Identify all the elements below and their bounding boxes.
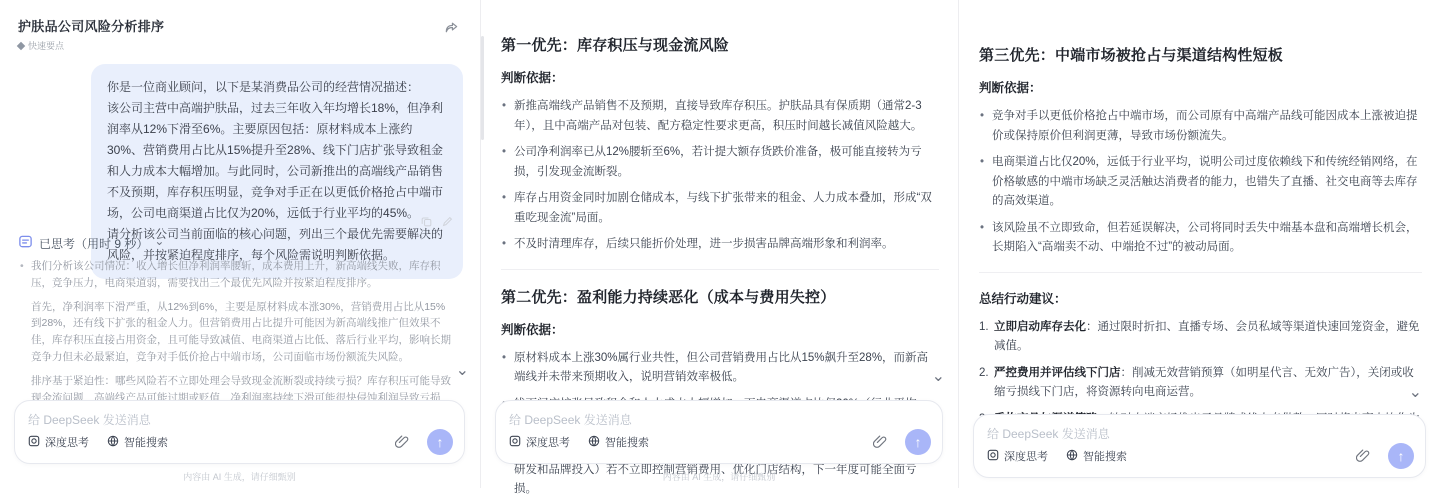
chat-panel-middle: 第一优先：库存积压与现金流风险 判断依据： 新推高端线产品销售不及预期，直接导致… bbox=[480, 0, 957, 488]
bullet-item: 新推高端线产品销售不及预期，直接导致库存积压。护肤品具有保质期（通常2-3年），… bbox=[501, 97, 939, 136]
attachment-icon[interactable] bbox=[873, 435, 887, 449]
section-title-priority-1: 第一优先：库存积压与现金流风险 bbox=[501, 34, 939, 55]
ai-disclaimer: 内容由 AI 生成，请仔细甄别 bbox=[0, 470, 479, 483]
deep-think-button[interactable]: 深度思考 bbox=[28, 434, 89, 450]
user-message-line: 该公司主营中高端护肤品，过去三年收入年均增长18%，但净利润率从12%下滑至6%… bbox=[107, 98, 447, 224]
chat-panel-left: 护肤品公司风险分析排序 快速要点 你是一位商业顾问，以下是某消费品公司的经营情况… bbox=[0, 0, 479, 488]
bullet-item: 竞争对手以更低价格抢占中端市场，而公司原有中高端产品线可能因成本上涨被迫提价或保… bbox=[979, 107, 1422, 146]
smart-search-button[interactable]: 智能搜索 bbox=[588, 434, 649, 450]
bullet-item: 公司净利润率已从12%腰斩至6%，若计提大额存货跌价准备，极可能直接转为亏损，引… bbox=[501, 143, 939, 182]
action-number: 2. bbox=[979, 364, 989, 384]
message-composer[interactable]: 给 DeepSeek 发送消息 深度思考 智能搜索 ↑ bbox=[495, 400, 943, 464]
collapse-chevron-icon[interactable]: ⌄ bbox=[932, 366, 945, 386]
basis-bullet-list: 竞争对手以更低价格抢占中端市场，而公司原有中高端产品线可能因成本上涨被迫提价或保… bbox=[979, 107, 1422, 258]
collapse-chevron-icon[interactable]: ⌄ bbox=[456, 360, 469, 380]
conversation-subtitle-label: 快速要点 bbox=[28, 39, 64, 52]
send-button[interactable]: ↑ bbox=[1388, 443, 1414, 469]
edit-icon[interactable] bbox=[442, 214, 453, 232]
action-item: 1. 立即启动库存去化：通过限时折扣、直播专场、会员私域等渠道快速回笼资金，避免… bbox=[979, 318, 1422, 357]
thinking-paragraph: 首先，净利润率下滑严重，从12%到6%，主要是原材料成本涨30%，营销费用占比从… bbox=[18, 299, 453, 366]
deep-think-icon bbox=[28, 435, 40, 450]
deep-think-button[interactable]: 深度思考 bbox=[987, 448, 1048, 464]
composer-toolbar: 深度思考 智能搜索 ↑ bbox=[987, 443, 1414, 469]
bullet-item: 库存占用资金同时加剧仓储成本，与线下扩张带来的租金、人力成本叠加，形成“双重吃现… bbox=[501, 189, 939, 228]
send-arrow-icon: ↑ bbox=[915, 435, 922, 449]
collapse-chevron-icon[interactable]: ⌄ bbox=[1409, 382, 1422, 402]
thinking-toggle[interactable]: 已思考（用时 9 秒） ⌄ bbox=[18, 234, 164, 252]
smart-search-button[interactable]: 智能搜索 bbox=[107, 434, 168, 450]
basis-label: 判断依据： bbox=[501, 320, 939, 338]
user-message-line: 你是一位商业顾问，以下是某消费品公司的经营情况描述： bbox=[107, 77, 447, 98]
thinking-header-label: 已思考（用时 9 秒） bbox=[39, 235, 148, 252]
send-arrow-icon: ↑ bbox=[437, 435, 444, 449]
action-lead: 严控费用并评估线下门店 bbox=[994, 367, 1121, 379]
assistant-answer: 第三优先：中端市场被抢占与渠道结构性短板 判断依据： 竞争对手以更低价格抢占中端… bbox=[959, 0, 1440, 473]
send-button[interactable]: ↑ bbox=[427, 429, 453, 455]
composer-toolbar: 深度思考 智能搜索 ↑ bbox=[509, 429, 931, 455]
conversation-title: 护肤品公司风险分析排序 bbox=[18, 16, 164, 35]
composer-placeholder: 给 DeepSeek 发送消息 bbox=[987, 425, 1412, 442]
deep-think-icon bbox=[509, 435, 521, 450]
copy-icon[interactable] bbox=[421, 214, 432, 232]
action-item: 2. 严控费用并评估线下门店：削减无效营销预算（如明星代言、无效广告），关闭或收… bbox=[979, 364, 1422, 403]
attachment-icon[interactable] bbox=[1356, 449, 1370, 463]
deep-think-icon bbox=[987, 449, 999, 464]
chat-header: 护肤品公司风险分析排序 快速要点 bbox=[18, 16, 164, 52]
composer-placeholder: 给 DeepSeek 发送消息 bbox=[509, 411, 929, 428]
send-arrow-icon: ↑ bbox=[1398, 449, 1405, 463]
bullet-item: 电商渠道占比仅20%，远低于行业平均，说明公司过度依赖线下和传统经销网络，在价格… bbox=[979, 153, 1422, 212]
message-composer[interactable]: 给 DeepSeek 发送消息 深度思考 智能搜索 ↑ bbox=[14, 400, 465, 464]
chevron-down-icon: ⌄ bbox=[154, 234, 164, 248]
composer-toolbar: 深度思考 智能搜索 ↑ bbox=[28, 429, 453, 455]
composer-placeholder: 给 DeepSeek 发送消息 bbox=[28, 411, 451, 428]
thinking-paragraph: 我们分析该公司情况：收入增长但净利润率腰斩，成本费用上升，新高端线失败，库存积压… bbox=[18, 258, 453, 292]
basis-bullet-list: 新推高端线产品销售不及预期，直接导致库存积压。护肤品具有保质期（通常2-3年），… bbox=[501, 97, 939, 255]
deep-think-button[interactable]: 深度思考 bbox=[509, 434, 570, 450]
smart-search-button[interactable]: 智能搜索 bbox=[1066, 448, 1127, 464]
deep-think-label: 深度思考 bbox=[1004, 448, 1048, 464]
deep-think-label: 深度思考 bbox=[45, 434, 89, 450]
chat-panel-right: 第三优先：中端市场被抢占与渠道结构性短板 判断依据： 竞争对手以更低价格抢占中端… bbox=[958, 0, 1440, 488]
basis-label: 判断依据： bbox=[979, 78, 1422, 96]
smart-search-label: 智能搜索 bbox=[605, 434, 649, 450]
deep-think-label: 深度思考 bbox=[526, 434, 570, 450]
action-number: 1. bbox=[979, 318, 989, 338]
bullet-item: 不及时清理库存，后续只能折价处理，进一步损害品牌高端形象和利润率。 bbox=[501, 235, 939, 255]
ai-disclaimer: 内容由 AI 生成，请仔细甄别 bbox=[481, 470, 957, 483]
globe-icon bbox=[1066, 449, 1078, 464]
send-button[interactable]: ↑ bbox=[905, 429, 931, 455]
message-composer[interactable]: 给 DeepSeek 发送消息 深度思考 智能搜索 ↑ bbox=[973, 414, 1426, 478]
globe-icon bbox=[588, 435, 600, 450]
section-divider bbox=[501, 269, 939, 270]
summary-title: 总结行动建议： bbox=[979, 289, 1422, 307]
share-icon[interactable] bbox=[444, 20, 459, 40]
attachment-icon[interactable] bbox=[395, 435, 409, 449]
thinking-icon bbox=[18, 234, 33, 252]
globe-icon bbox=[107, 435, 119, 450]
diamond-icon bbox=[17, 41, 25, 49]
section-title-priority-3: 第三优先：中端市场被抢占与渠道结构性短板 bbox=[979, 44, 1422, 65]
section-title-priority-2: 第二优先：盈利能力持续恶化（成本与费用失控） bbox=[501, 286, 939, 307]
bullet-item: 该风险虽不立即致命，但若延误解决，公司将同时丢失中端基本盘和高端增长机会，长期陷… bbox=[979, 219, 1422, 258]
conversation-subtitle: 快速要点 bbox=[18, 39, 164, 52]
bullet-item: 原材料成本上涨30%属行业共性，但公司营销费用占比从15%飙升至28%，而新高端… bbox=[501, 349, 939, 388]
user-message-actions bbox=[421, 214, 453, 232]
scrollbar[interactable] bbox=[481, 36, 484, 140]
basis-label: 判断依据： bbox=[501, 68, 939, 86]
action-lead: 立即启动库存去化 bbox=[994, 321, 1086, 333]
smart-search-label: 智能搜索 bbox=[1083, 448, 1127, 464]
section-divider bbox=[979, 272, 1422, 273]
smart-search-label: 智能搜索 bbox=[124, 434, 168, 450]
